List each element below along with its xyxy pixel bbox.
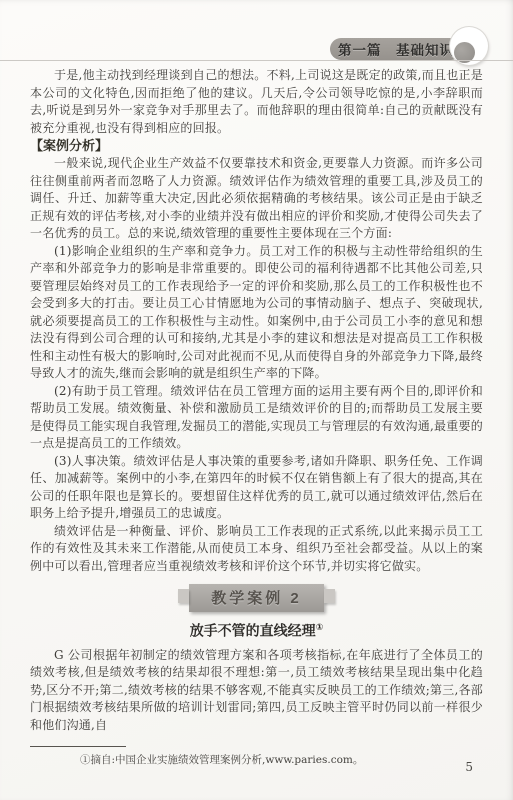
intro-paragraph: 于是,他主动找到经理谈到自己的想法。不料,上司说这是既定的政策,而且也正是本公司… [30,67,483,137]
case-title-text: 放手不管的直线经理 [190,623,316,639]
footnote-text: ①摘自:中国企业实施绩效管理案例分析,www.paries.com。 [30,753,483,767]
header-divider-line [0,60,513,61]
analysis-paragraph-point1: (1)影响企业组织的生产率和竞争力。员工对工作的积极与主动性带给组织的生产率和外… [30,243,483,383]
footnote-ref-mark: ① [316,622,324,632]
analysis-paragraph-overview: 一般来说,现代企业生产效益不仅要靠技术和资金,更要靠人力资源。而许多公司往往侧重… [30,155,483,243]
page-content: 于是,他主动找到经理谈到自己的想法。不料,上司说这是既定的政策,而且也正是本公司… [30,67,483,767]
case-analysis-header: 【案例分析】 [30,137,483,155]
analysis-paragraph-summary: 绩效评估是一种衡量、评价、影响员工工作表现的正式系统,以此来揭示员工工作的有效性… [30,523,483,576]
case-paragraph: G 公司根据年初制定的绩效管理方案和各项考核指标,在年底进行了全体员工的绩效考核… [30,647,483,735]
footnote-divider-line [30,746,126,747]
analysis-paragraph-point3: (3)人事决策。绩效评估是人事决策的重要参考,诸如升降职、职务任免、工作调任、加… [30,453,483,523]
footnote-area: ①摘自:中国企业实施绩效管理案例分析,www.paries.com。 [30,746,483,767]
book-page: 第一篇 基础知识 于是,他主动找到经理谈到自己的想法。不料,上司说这是既定的政策… [0,0,513,800]
part-header-banner: 第一篇 基础知识 [330,38,462,60]
teaching-case-plaque-row: 教学案例 2 [30,584,483,612]
part-header-label: 第一篇 基础知识 [338,39,454,59]
case-title: 放手不管的直线经理① [30,618,483,641]
analysis-paragraph-point2: (2)有助于员工管理。绩效评估在员工管理方面的运用主要有两个目的,即评价和帮助员… [30,383,483,453]
page-number: 5 [465,760,473,774]
teaching-case-label: 教学案例 2 [189,584,324,612]
